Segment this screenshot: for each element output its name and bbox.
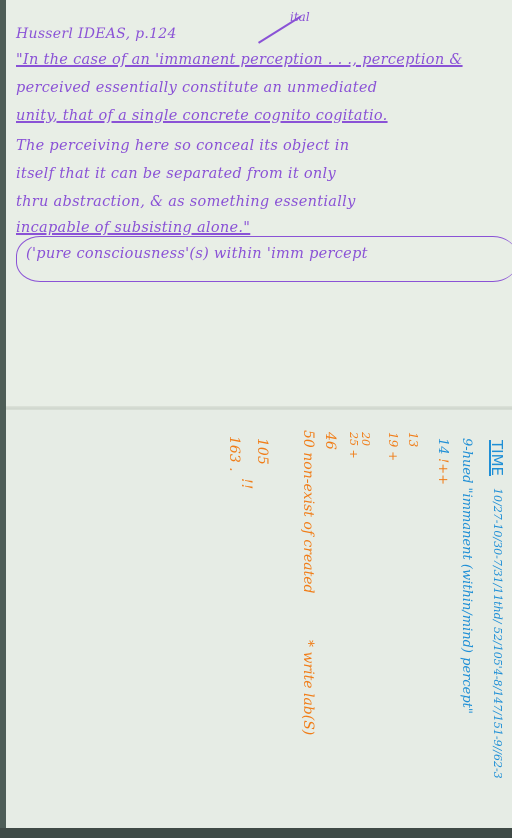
- non-exist-note: 50 non-exist of created: [300, 430, 316, 593]
- page-bottom-edge: [0, 828, 512, 838]
- quote-line-2: perceived essentially constitute an unme…: [16, 80, 377, 96]
- immanent-percept-note: 9-hued "immanent (within/mind) percept": [459, 438, 474, 714]
- quote-line-3: unity, that of a single concrete cognito…: [16, 108, 388, 124]
- quote-line-4: The perceiving here so conceal its objec…: [16, 138, 349, 154]
- orange-number-13: 13: [406, 432, 420, 447]
- quote-line-5: itself that it can be separated from it …: [16, 166, 336, 182]
- orange-exclaims: !!: [238, 478, 254, 489]
- orange-number-20: 20: [359, 432, 372, 446]
- time-dates: 10/27-10/30-7/31/11thd/ 52/105'4-8/147/1…: [491, 488, 504, 779]
- blue-number: 14: [435, 438, 450, 455]
- quote-line-6: thru abstraction, & as something essenti…: [16, 194, 356, 210]
- write-lab-note: * write lab(S): [300, 640, 316, 735]
- page-header: Husserl IDEAS, p.124: [16, 26, 177, 42]
- quote-line-1: "In the case of an 'immanent perception …: [16, 52, 463, 68]
- orange-number-46: 46: [322, 432, 338, 450]
- orange-marks: !++: [435, 458, 450, 485]
- circled-note: ('pure consciousness'(s) within 'imm per…: [26, 246, 368, 262]
- orange-number-25: 25 +: [347, 432, 360, 459]
- time-heading: TIME: [488, 440, 506, 476]
- quote-line-7: incapable of subsisting alone.": [16, 220, 250, 236]
- orange-number-19: 19 +: [386, 432, 400, 461]
- orange-number-105: 105: [254, 438, 270, 465]
- orange-number-163: 163 .: [226, 436, 242, 472]
